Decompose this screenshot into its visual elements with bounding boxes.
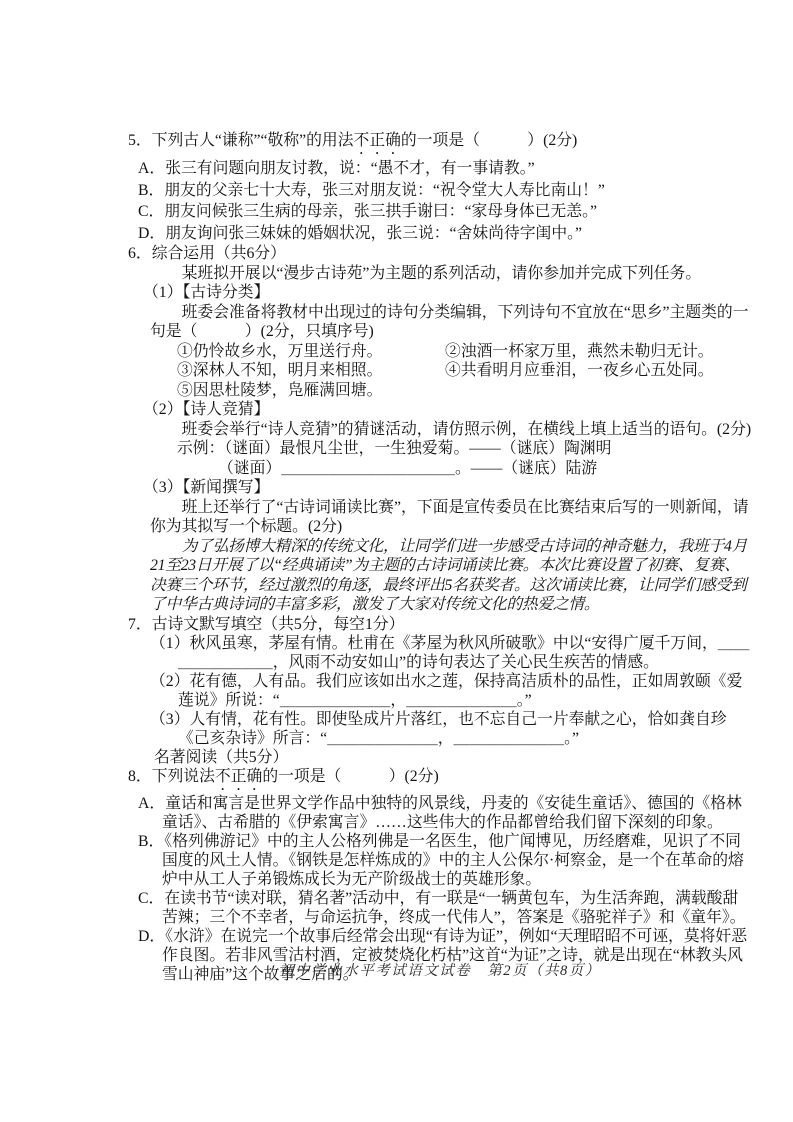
q6-part1-text: 班委会准备将教材中出现过的诗句分类编辑，下列诗句不宜放在“思乡”主题类的一句是（… [150, 303, 752, 342]
q7-item-1: （1）秋风虽寒，茅屋有情。杜甫在《茅屋为秋风所破歌》中以“安得广厦千万间，＿＿＿… [150, 634, 752, 672]
poem-item-4: ④共看明月应垂泪，一夜乡心五处同。 [445, 361, 714, 381]
question-6-intro: 某班拟开展以“漫步古诗苑”为主题的系列活动，请你参加并完成下列任务。 [150, 264, 752, 284]
q6-part3-text: 班上还举行了“古诗词诵读比赛”，下面是宣传委员在比赛结束后写的一则新闻，请你为其… [150, 498, 752, 537]
section-mingzhu-label: 名著阅读（共5分） [154, 748, 752, 767]
question-6-title: 6．综合运用（共6分） [128, 244, 752, 264]
poem-item-3: ③深林人不知，明月来相照。 [177, 361, 445, 381]
riddle-example: 示例：（谜面）最恨凡尘世，一生独爱菊。——（谜底）陶渊明 [177, 439, 752, 459]
q6-part2-label: （2）【诗人竞猜】 [143, 400, 752, 420]
question-8-stem-emphasis: 不正确 [215, 768, 262, 785]
question-5-option-b: B．朋友的父亲七十大寿，张三对朋友说：“祝令堂大人寿比南山！” [138, 180, 752, 202]
question-8-stem-post: 的一项是（ ）(2分) [262, 768, 438, 785]
question-5-stem: 5．下列古人“谦称”“敬称”的用法不正确的一项是（ ）(2分) [128, 130, 752, 158]
question-7-number: 7． [128, 616, 152, 633]
question-5-stem-post: 的一项是（ ）(2分) [401, 132, 577, 149]
q6-part2-text: 班委会举行“诗人竞猜”的猜谜活动，请仿照示例，在横线上填上适当的语句。(2分) [150, 420, 752, 440]
question-6-title-text: 综合运用（共6分） [152, 245, 286, 262]
exam-content: 5．下列古人“谦称”“敬称”的用法不正确的一项是（ ）(2分) A．张三有问题向… [128, 130, 752, 984]
question-5-option-c: C．朋友问候张三生病的母亲，张三拱手谢曰：“家母身体已无恙。” [138, 201, 752, 223]
poem-item-5: ⑤因思杜陵梦，凫雁满回塘。 [177, 381, 445, 401]
question-5-option-d: D．朋友询问张三妹妹的婚姻状况，张三说：“舍妹尚待字闺中。” [138, 223, 752, 245]
exam-page: 5．下列古人“谦称”“敬称”的用法不正确的一项是（ ）(2分) A．张三有问题向… [0, 0, 793, 1122]
question-8-option-a: A．童话和寓言是世界文学作品中独特的风景线，丹麦的《安徒生童话》、德国的《格林童… [138, 794, 752, 832]
question-6: 6．综合运用（共6分） 某班拟开展以“漫步古诗苑”为主题的系列活动，请你参加并完… [128, 244, 752, 615]
news-paragraph: 为了弘扬博大精深的传统文化，让同学们进一步感受古诗词的神奇魅力，我班于4月21至… [150, 537, 752, 615]
riddle-blank: （谜面）＿＿＿＿＿＿＿＿＿＿＿。——（谜底）陆游 [218, 459, 752, 479]
poem-row-2: ③深林人不知，明月来相照。④共看明月应垂泪，一夜乡心五处同。 [177, 361, 752, 381]
section-mingzhu: 名著阅读（共5分） [128, 748, 752, 767]
question-5-number: 5． [128, 132, 152, 149]
question-8-stem: 8．下列说法不正确的一项是（ ）(2分) [128, 767, 752, 794]
question-8-stem-pre: 下列说法 [152, 768, 215, 785]
page-footer: 初中学业水平考试语文试卷 第2页（共8页） [128, 959, 752, 980]
question-8-option-b: B．《格列佛游记》中的主人公格列佛是一名医生，他广闻博见，历经磨难，见识了不同国… [138, 832, 752, 889]
q7-item-3: （3）人有情，花有性。即使坠成片片落红，也不忘自己一片奉献之心，恰如龚自珍《己亥… [150, 710, 752, 748]
poem-item-1: ①仍怜故乡水，万里送行舟。 [177, 342, 445, 362]
q6-part3-label: （3）【新闻撰写】 [143, 478, 752, 498]
question-5: 5．下列古人“谦称”“敬称”的用法不正确的一项是（ ）(2分) A．张三有问题向… [128, 130, 752, 244]
question-7-title-text: 古诗文默写填空（共5分，每空1分） [152, 616, 405, 633]
question-8-option-c: C．在读书节“读对联，猜名著”活动中，有一联是“一辆黄包车，为生活奔跑，满载酸甜… [138, 889, 752, 927]
q6-part1-label: （1）【古诗分类】 [143, 283, 752, 303]
question-7-title: 7．古诗文默写填空（共5分，每空1分） [128, 615, 752, 634]
question-5-option-a: A．张三有问题向朋友讨教，说：“愚不才，有一事请教。” [138, 158, 752, 180]
poem-item-2: ②浊酒一杯家万里，燕然未勒归无计。 [445, 342, 714, 362]
q7-item-2: （2）花有德，人有品。我们应该如出水之莲，保持高洁质朴的品性，正如周敦颐《爱莲说… [150, 672, 752, 710]
question-5-stem-emphasis: 不正确 [354, 132, 401, 149]
poem-row-1: ①仍怜故乡水，万里送行舟。②浊酒一杯家万里，燕然未勒归无计。 [177, 342, 752, 362]
question-6-number: 6． [128, 245, 152, 262]
question-8-number: 8． [128, 768, 152, 785]
question-8: 8．下列说法不正确的一项是（ ）(2分) A．童话和寓言是世界文学作品中独特的风… [128, 767, 752, 984]
poem-row-3: ⑤因思杜陵梦，凫雁满回塘。 [177, 381, 752, 401]
question-7: 7．古诗文默写填空（共5分，每空1分） （1）秋风虽寒，茅屋有情。杜甫在《茅屋为… [128, 615, 752, 748]
question-5-stem-pre: 下列古人“谦称”“敬称”的用法 [152, 132, 354, 149]
